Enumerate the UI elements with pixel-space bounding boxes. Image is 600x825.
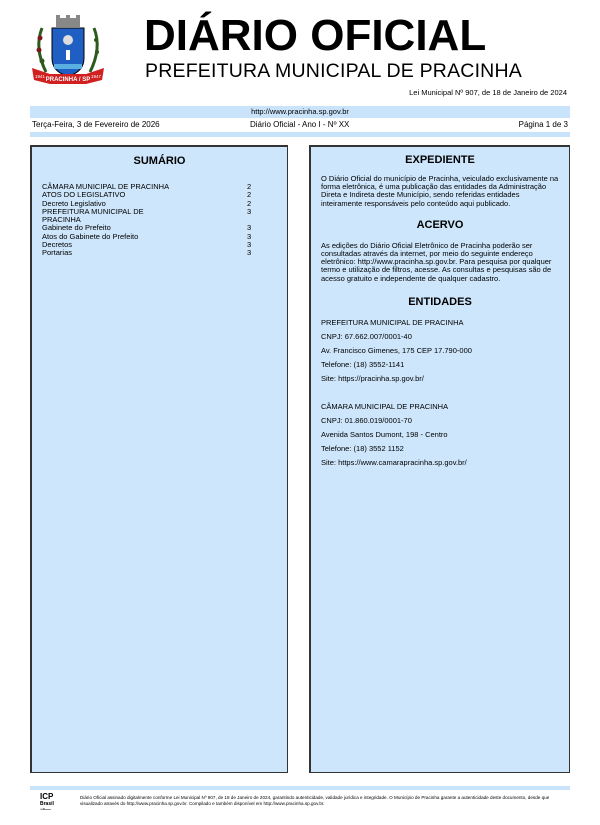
svg-text:1947: 1947 bbox=[91, 74, 102, 79]
camara-phone: Telefone: (18) 3552 1152 bbox=[321, 442, 559, 456]
summary-list: CÂMARA MUNICIPAL DE PRACINHA2 ATOS DO LE… bbox=[32, 183, 287, 258]
coat-of-arms-icon: PRACINHA / SP 1941 1947 bbox=[28, 14, 108, 90]
info-panel: EXPEDIENTE O Diário Oficial do município… bbox=[309, 145, 570, 773]
expediente-text: O Diário Oficial do município de Pracinh… bbox=[311, 175, 569, 208]
summary-item[interactable]: PREFEITURA MUNICIPAL DE PRACINHA3 bbox=[42, 208, 277, 225]
summary-item[interactable]: Atos do Gabinete do Prefeito3 bbox=[42, 233, 277, 241]
acervo-heading: ACERVO bbox=[311, 219, 569, 231]
svg-text:1941: 1941 bbox=[35, 74, 46, 79]
summary-heading: SUMÁRIO bbox=[32, 155, 287, 167]
footer-divider bbox=[30, 786, 570, 790]
summary-item[interactable]: Decretos3 bbox=[42, 241, 277, 249]
entidades-heading: ENTIDADES bbox=[311, 296, 569, 308]
prefeitura-cnpj: CNPJ: 67.662.007/0001-40 bbox=[321, 330, 559, 344]
coat-of-arms-logo: PRACINHA / SP 1941 1947 bbox=[28, 14, 108, 90]
camara-site[interactable]: Site: https://www.camarapracinha.sp.gov.… bbox=[321, 456, 559, 470]
entidades-list: PREFEITURA MUNICIPAL DE PRACINHA CNPJ: 6… bbox=[311, 316, 569, 470]
website-url[interactable]: http://www.pracinha.sp.gov.br bbox=[30, 106, 570, 118]
svg-text:PRACINHA / SP: PRACINHA / SP bbox=[46, 77, 90, 83]
prefeitura-name: PREFEITURA MUNICIPAL DE PRACINHA bbox=[321, 316, 559, 330]
divider-bar bbox=[30, 132, 570, 137]
edition-label: Diário Oficial - Ano I - Nº XX bbox=[250, 118, 349, 132]
prefeitura-site[interactable]: Site: https://pracinha.sp.gov.br/ bbox=[321, 372, 559, 386]
info-row: Terça-Feira, 3 de Fevereiro de 2026 Diár… bbox=[30, 118, 570, 132]
expediente-heading: EXPEDIENTE bbox=[311, 154, 569, 166]
prefeitura-phone: Telefone: (18) 3552-1141 bbox=[321, 358, 559, 372]
icp-brasil-logo: ICP Brasil ⊸— bbox=[40, 793, 64, 819]
spacer bbox=[321, 386, 559, 400]
prefeitura-address: Av. Francisco Gimenes, 175 CEP 17.790-00… bbox=[321, 344, 559, 358]
summary-panel: SUMÁRIO CÂMARA MUNICIPAL DE PRACINHA2 AT… bbox=[30, 145, 288, 773]
acervo-text: As edições do Diário Oficial Eletrônico … bbox=[311, 242, 569, 283]
key-icon: ⊸— bbox=[40, 807, 64, 813]
publication-date: Terça-Feira, 3 de Fevereiro de 2026 bbox=[32, 118, 160, 132]
summary-item[interactable]: Portarias3 bbox=[42, 249, 277, 257]
law-reference: Lei Municipal Nº 907, de 18 de Janeiro d… bbox=[409, 88, 567, 97]
camara-cnpj: CNPJ: 01.860.019/0001-70 bbox=[321, 414, 559, 428]
icp-title: ICP bbox=[40, 793, 64, 801]
newspaper-title: DIÁRIO OFICIAL bbox=[144, 14, 486, 58]
footer-disclaimer: Diário Oficial assinado digitalmente con… bbox=[80, 795, 570, 807]
camara-address: Avenida Santos Dumont, 198 - Centro bbox=[321, 428, 559, 442]
page-indicator: Página 1 de 3 bbox=[519, 118, 568, 132]
newspaper-subtitle: PREFEITURA MUNICIPAL DE PRACINHA bbox=[145, 60, 522, 82]
camara-name: CÂMARA MUNICIPAL DE PRACINHA bbox=[321, 400, 559, 414]
